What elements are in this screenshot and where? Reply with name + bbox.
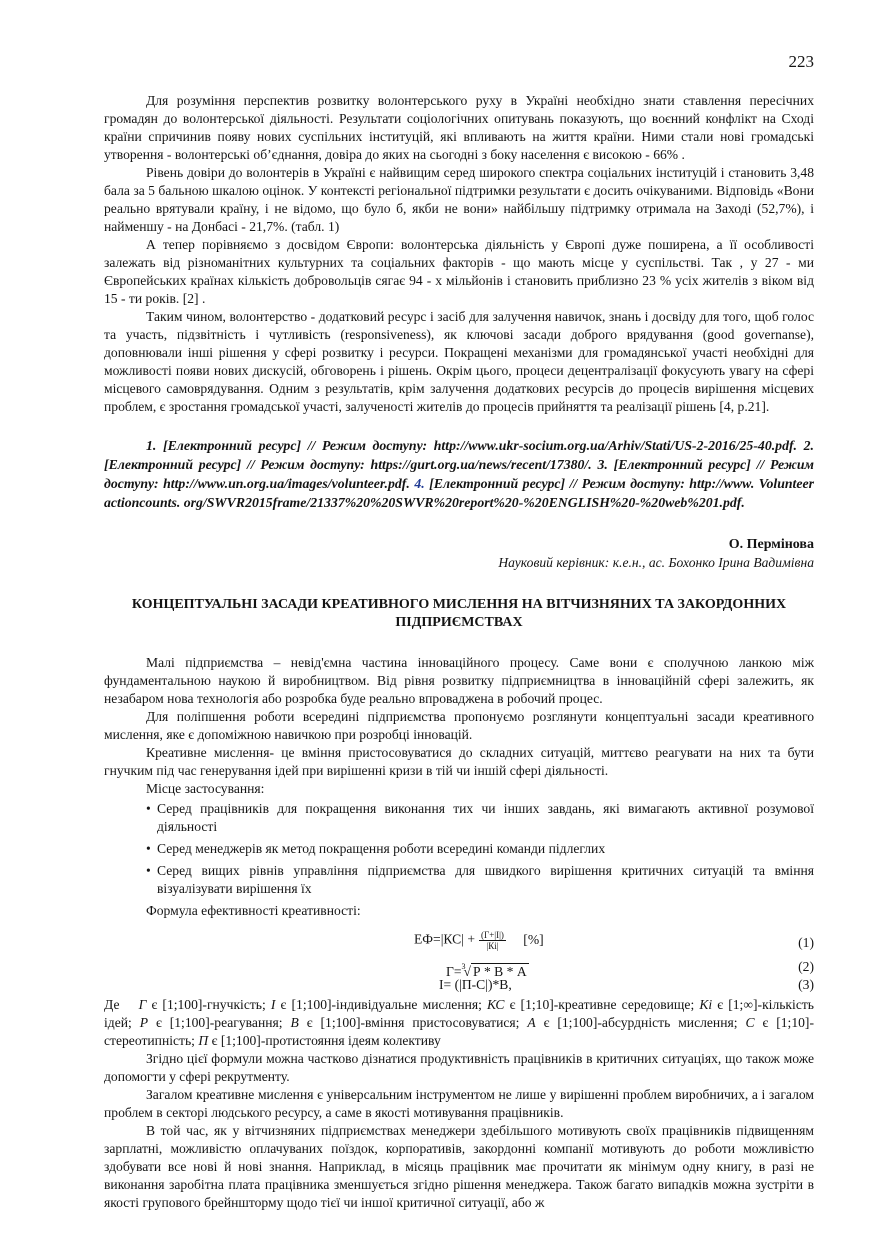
author-name: О. Пермінова bbox=[104, 536, 814, 554]
paragraph: Загалом креативне мислення є універсальн… bbox=[104, 1086, 814, 1122]
paragraph: Згідно цієї формули можна частково дізна… bbox=[104, 1050, 814, 1086]
page-number: 223 bbox=[789, 52, 815, 72]
variable-description: є [1;100]-гнучкість; bbox=[146, 997, 271, 1012]
paragraph: Для поліпшення роботи всередині підприєм… bbox=[104, 708, 814, 744]
variable-description: є [1;100]-вміння пристосовуватися; bbox=[299, 1015, 528, 1030]
fraction-numerator: (Г+|І|) bbox=[479, 930, 506, 941]
variable-symbol: КС bbox=[487, 997, 504, 1012]
root-index: 3 bbox=[462, 962, 466, 971]
formula-3-expr: І= (|П-С|)*В, bbox=[439, 976, 512, 994]
variable-description: є [1;100]-протистояння ідеям колективу bbox=[208, 1033, 441, 1048]
formula-block: ЕФ=|КС| +(Г+|І|)|Кі| [%] (1) Г=3√Р * В *… bbox=[104, 926, 814, 996]
paragraph: Малі підприємства – невід'ємна частина і… bbox=[104, 654, 814, 708]
variable-description: є [1;100]-індивідуальне мислення; bbox=[275, 997, 487, 1012]
formula-1-unit: [%] bbox=[523, 932, 543, 947]
formula-1-left: ЕФ=|КС| + bbox=[414, 932, 475, 947]
variable-description: є [1;100]-реагування; bbox=[148, 1015, 290, 1030]
formula-intro: Формула ефективності креативності: bbox=[104, 902, 814, 920]
paragraph: Рівень довіри до волонтерів в Україні є … bbox=[104, 164, 814, 236]
reference-4-number: 4. bbox=[414, 476, 424, 491]
variable-symbol: А bbox=[527, 1015, 535, 1030]
list-item: Серед менеджерів як метод покращення роб… bbox=[146, 840, 814, 858]
list-item: Серед працівників для покращення виконан… bbox=[146, 800, 814, 836]
article-title: КОНЦЕПТУАЛЬНІ ЗАСАДИ КРЕАТИВНОГО МИСЛЕНН… bbox=[104, 596, 814, 632]
paragraph: Креативне мислення- це вміння пристосову… bbox=[104, 744, 814, 780]
variable-symbol: Р bbox=[140, 1015, 148, 1030]
application-list: Серед працівників для покращення виконан… bbox=[104, 800, 814, 898]
scientific-advisor: Науковий керівник: к.е.н., ас. Бохонко І… bbox=[104, 554, 814, 572]
formula-3: І= (|П-С|)*В, (3) bbox=[104, 978, 814, 996]
variable-definitions: Де Г є [1;100]-гнучкість; І є [1;100]-ін… bbox=[104, 996, 814, 1050]
formula-2: Г=3√Р * В * А (2) bbox=[104, 956, 814, 978]
article-body: Малі підприємства – невід'ємна частина і… bbox=[104, 654, 814, 1212]
variable-symbol: П bbox=[198, 1033, 208, 1048]
reference-1: 1. [Електронний ресурс] // Режим доступу… bbox=[146, 438, 797, 453]
variable-description: є [1;10]-креативне середовище; bbox=[504, 997, 699, 1012]
references-list: 1. [Електронний ресурс] // Режим доступу… bbox=[104, 436, 814, 512]
variable-symbol: Кі bbox=[699, 997, 712, 1012]
paragraph: Для розуміння перспектив розвитку волонт… bbox=[104, 92, 814, 164]
variable-symbol: В bbox=[290, 1015, 298, 1030]
formula-2-label: (2) bbox=[798, 958, 814, 976]
paragraph: В той час, як у вітчизняних підприємства… bbox=[104, 1122, 814, 1212]
formula-1: ЕФ=|КС| +(Г+|І|)|Кі| [%] (1) bbox=[104, 926, 814, 956]
fraction: (Г+|І|)|Кі| bbox=[479, 930, 506, 951]
formula-3-label: (3) bbox=[798, 976, 814, 994]
fraction-denominator: |Кі| bbox=[479, 941, 506, 951]
page-content: Для розуміння перспектив розвитку волонт… bbox=[104, 92, 814, 1212]
creative-thinking-article-section: О. Пермінова Науковий керівник: к.е.н., … bbox=[104, 536, 814, 1212]
variable-symbol: С bbox=[745, 1015, 754, 1030]
definitions-prefix: Де bbox=[104, 997, 119, 1012]
formula-1-label: (1) bbox=[798, 934, 814, 952]
paragraph: А тепер порівняємо з досвідом Європи: во… bbox=[104, 236, 814, 308]
list-item: Серед вищих рівнів управління підприємст… bbox=[146, 862, 814, 898]
paragraph: Таким чином, волонтерство - додатковий р… bbox=[104, 308, 814, 416]
variable-description: є [1;100]-абсурдність мислення; bbox=[536, 1015, 746, 1030]
volunteer-article-section: Для розуміння перспектив розвитку волонт… bbox=[104, 92, 814, 512]
paragraph: Місце застосування: bbox=[104, 780, 814, 798]
